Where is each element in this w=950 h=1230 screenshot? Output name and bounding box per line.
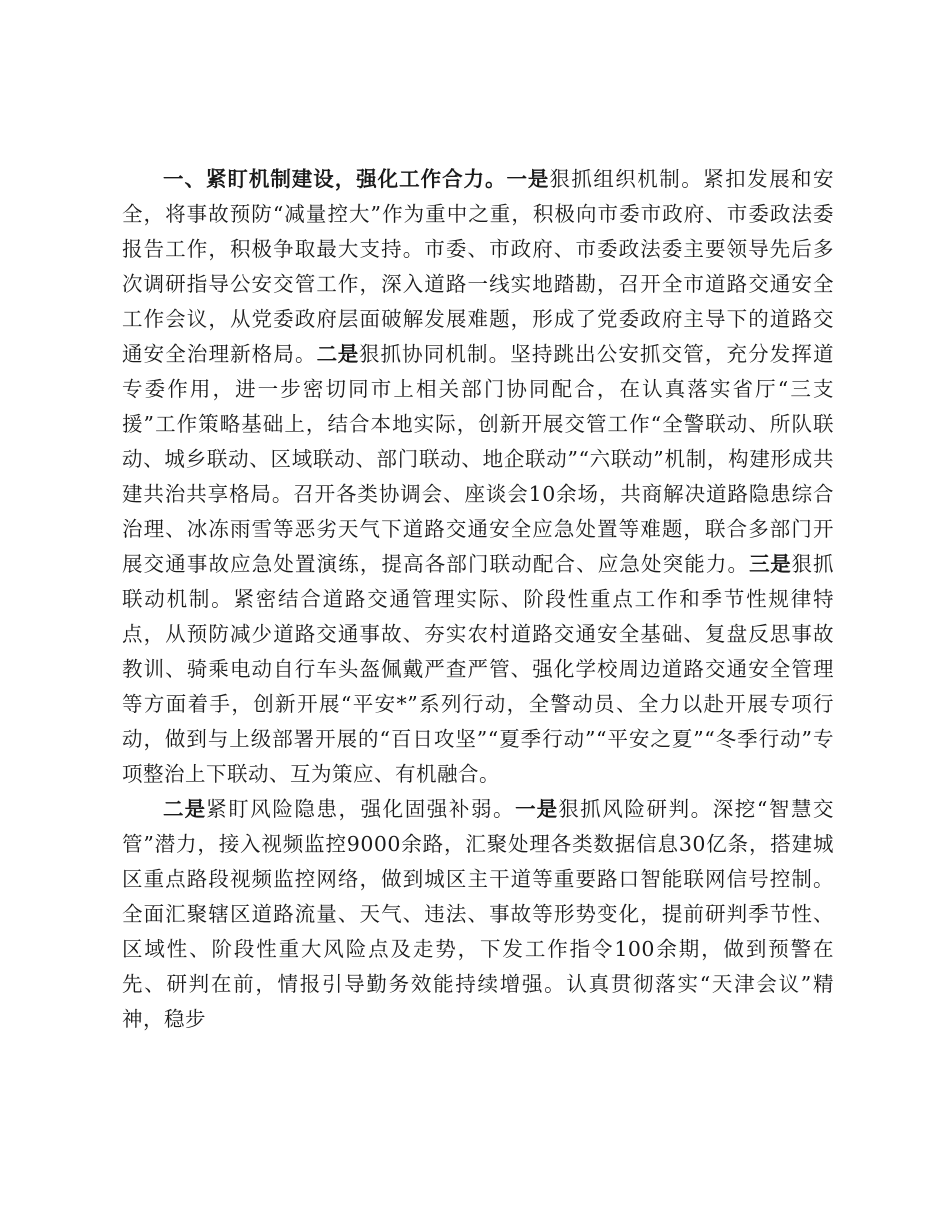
section-heading-2: 紧盯风险隐患，强化固强补弱。 (206, 797, 515, 821)
point-lead-1: 一是 (506, 167, 549, 191)
point-body-2: 狠抓协同机制。坚持跳出公安抓交管，充分发挥道专委作用，进一步密切同市上相关部门协… (122, 342, 834, 576)
paragraph-mechanism-building: 一、紧盯机制建设，强化工作合力。一是狠抓组织机制。紧扣发展和安全，将事故预防“减… (122, 162, 834, 792)
point-lead-3: 三是 (749, 552, 791, 576)
point-body-1: 狠抓组织机制。紧扣发展和安全，将事故预防“减量控大”作为重中之重，积极向市委市政… (122, 167, 834, 366)
point-lead-4: 一是 (515, 797, 558, 821)
point-body-4: 狠抓风险研判。深挖“智慧交管”潜力，接入视频监控9000余路，汇聚处理各类数据信… (122, 797, 834, 1031)
point-lead-2: 二是 (317, 342, 359, 366)
section-heading-1: 一、紧盯机制建设，强化工作合力。 (163, 167, 506, 191)
point-body-3: 狠抓联动机制。紧密结合道路交通管理实际、阶段性重点工作和季节性规律特点，从预防减… (122, 552, 834, 786)
section-lead-2: 二是 (163, 797, 206, 821)
paragraph-risk-hazards: 二是紧盯风险隐患，强化固强补弱。一是狠抓风险研判。深挖“智慧交管”潜力，接入视频… (122, 792, 834, 1037)
document-page: 一、紧盯机制建设，强化工作合力。一是狠抓组织机制。紧扣发展和安全，将事故预防“减… (122, 162, 834, 1037)
